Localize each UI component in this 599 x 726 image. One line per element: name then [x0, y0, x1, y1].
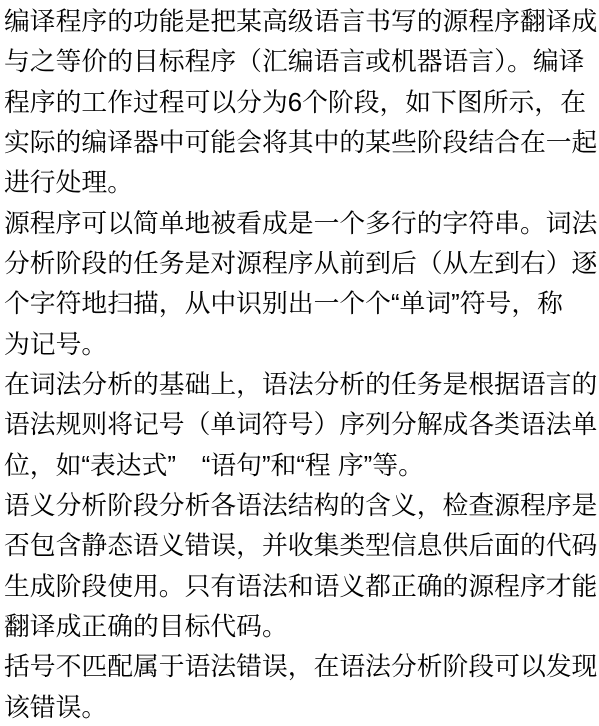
- paragraph: 括号不匹配属于语法错误，在语法分析阶段可以发现该错误。: [4, 647, 599, 726]
- text-line: 语法规则将记号（单词符号）序列分解成各类语法单: [4, 405, 599, 445]
- text-line: 在词法分析的基础上，语法分析的任务是根据语言的: [4, 365, 599, 405]
- text-line: 编译程序的功能是把某高级语言书写的源程序翻译成: [4, 2, 599, 42]
- text-line: 实际的编译器中可能会将其中的某些阶段结合在一起: [4, 123, 599, 163]
- paragraph: 在词法分析的基础上，语法分析的任务是根据语言的语法规则将记号（单词符号）序列分解…: [4, 365, 599, 486]
- text-line: 为记号。: [4, 325, 599, 365]
- text-line: 源程序可以简单地被看成是一个多行的字符串。词法: [4, 204, 599, 244]
- paragraph: 编译程序的功能是把某高级语言书写的源程序翻译成与之等价的目标程序（汇编语言或机器…: [4, 2, 599, 204]
- text-line: 进行处理。: [4, 163, 599, 203]
- paragraph: 源程序可以简单地被看成是一个多行的字符串。词法分析阶段的任务是对源程序从前到后（…: [4, 204, 599, 365]
- text-line: 个字符地扫描，从中识别出一个个“单词”符号，称: [4, 284, 599, 324]
- text-line: 程序的工作过程可以分为6个阶段，如下图所示，在: [4, 83, 599, 123]
- text-line: 该错误。: [4, 688, 599, 726]
- text-line: 括号不匹配属于语法错误，在语法分析阶段可以发现: [4, 647, 599, 687]
- paragraph: 语义分析阶段分析各语法结构的含义，检查源程序是否包含静态语义错误，并收集类型信息…: [4, 486, 599, 647]
- text-line: 与之等价的目标程序（汇编语言或机器语言）。编译: [4, 42, 599, 82]
- text-line: 分析阶段的任务是对源程序从前到后（从左到右）逐: [4, 244, 599, 284]
- text-line: 生成阶段使用。只有语法和语义都正确的源程序才能: [4, 567, 599, 607]
- document-text: 编译程序的功能是把某高级语言书写的源程序翻译成与之等价的目标程序（汇编语言或机器…: [0, 0, 599, 726]
- text-line: 语义分析阶段分析各语法结构的含义，检查源程序是: [4, 486, 599, 526]
- text-line: 翻译成正确的目标代码。: [4, 607, 599, 647]
- text-line: 位，如“表达式” “语句”和“程 序”等。: [4, 446, 599, 486]
- text-line: 否包含静态语义错误，并收集类型信息供后面的代码: [4, 526, 599, 566]
